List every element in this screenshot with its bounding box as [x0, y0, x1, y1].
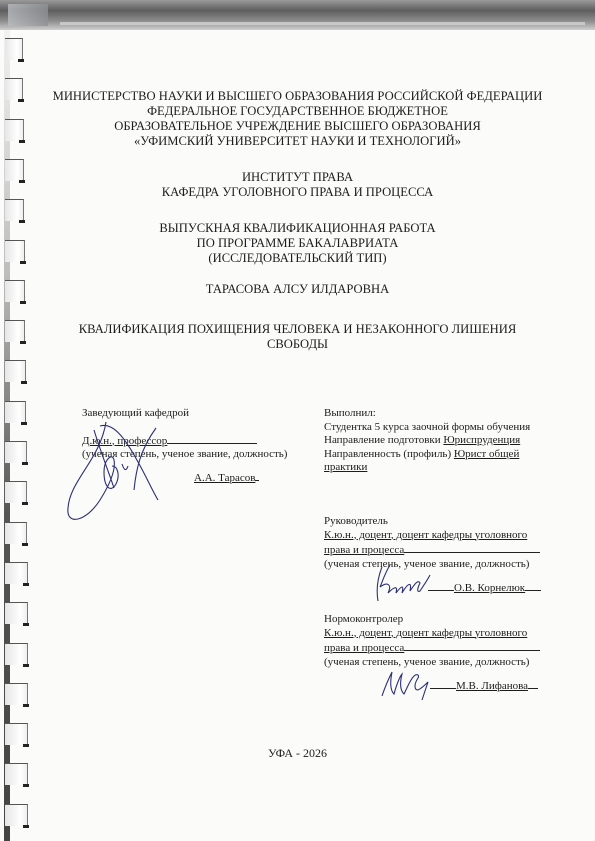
binding-ring [5, 481, 27, 503]
norm-controller-name: М.В. Лифанова [456, 680, 528, 692]
supervisor-name-row: О.В. Корнелюк [324, 580, 541, 596]
work-type-line-3: (ИССЛЕДОВАТЕЛЬСКИЙ ТИП) [0, 251, 595, 266]
work-type-block: ВЫПУСКНАЯ КВАЛИФИКАЦИОННАЯ РАБОТА ПО ПРО… [0, 221, 595, 266]
author-name: ТАРАСОВА АЛСУ ИЛДАРОВНА [0, 282, 595, 297]
binding-spine [4, 30, 10, 841]
department-name: КАФЕДРА УГОЛОВНОГО ПРАВА И ПРОЦЕССА [0, 185, 595, 200]
degree-rule [167, 433, 257, 444]
org-line-1: ФЕДЕРАЛЬНОЕ ГОСУДАРСТВЕННОЕ БЮДЖЕТНОЕ [0, 104, 595, 119]
supervisor-label: Руководитель [324, 515, 541, 529]
profile-value: Юрист общей [454, 448, 519, 460]
binding-ring [5, 683, 28, 705]
name-rule [255, 470, 259, 481]
degree-rule [404, 640, 540, 651]
profile-value-cont: практики [324, 461, 367, 473]
name-rule [525, 580, 541, 591]
supervisor-block: Руководитель К.ю.н., доцент, доцент кафе… [324, 515, 541, 596]
direction-row: Направление подготовки Юриспруденция [324, 434, 530, 448]
norm-controller-degree-2: права и процесса [324, 642, 404, 654]
supervisor-degree-2: права и процесса [324, 544, 404, 556]
head-name-row: А.А. Тарасов [82, 470, 287, 486]
norm-controller-caption: (ученая степень, ученое звание, должност… [324, 656, 540, 670]
thesis-title-line-1: КВАЛИФИКАЦИЯ ПОХИЩЕНИЯ ЧЕЛОВЕКА И НЕЗАКО… [0, 322, 595, 337]
norm-controller-name-row: М.В. Лифанова [324, 678, 540, 694]
binding-ring [5, 804, 28, 826]
university-name: «УФИМСКИЙ УНИВЕРСИТЕТ НАУКИ И ТЕХНОЛОГИЙ… [0, 134, 595, 149]
binding-ring [5, 562, 28, 584]
institute-name: ИНСТИТУТ ПРАВА [0, 170, 595, 185]
header-block: МИНИСТЕРСТВО НАУКИ И ВЫСШЕГО ОБРАЗОВАНИЯ… [0, 89, 595, 149]
performed-by-label: Выполнил: [324, 407, 530, 421]
thesis-title-line-2: СВОБОДЫ [0, 337, 595, 352]
name-rule [428, 580, 454, 591]
binding-ring [5, 38, 23, 60]
norm-controller-block: Нормоконтролер К.ю.н., доцент, доцент ка… [324, 613, 540, 694]
degree-rule [404, 542, 540, 553]
head-name: А.А. Тарасов [194, 472, 255, 484]
city-year: УФА - 2026 [0, 746, 595, 761]
binding-ring [5, 360, 26, 382]
profile-row: Направленность (профиль) Юрист общей [324, 448, 530, 462]
supervisor-degree-1: К.ю.н., доцент, доцент кафедры уголовног… [324, 529, 527, 541]
name-rule [430, 678, 456, 689]
ministry-line: МИНИСТЕРСТВО НАУКИ И ВЫСШЕГО ОБРАЗОВАНИЯ… [0, 89, 595, 104]
binding-ring [5, 199, 24, 221]
supervisor-caption: (ученая степень, ученое звание, должност… [324, 558, 541, 572]
binding-ring [5, 723, 28, 745]
norm-controller-label: Нормоконтролер [324, 613, 540, 627]
binding-ring [5, 643, 28, 665]
footer-block: УФА - 2026 [0, 746, 595, 761]
binding-ring [5, 401, 26, 423]
head-degree-row: Д.ю.н., профессор [82, 433, 287, 449]
norm-controller-degree-1: К.ю.н., доцент, доцент кафедры уголовног… [324, 627, 527, 639]
work-type-line-2: ПО ПРОГРАММЕ БАКАЛАВРИАТА [0, 236, 595, 251]
binding-ring [5, 602, 28, 624]
direction-label: Направление подготовки [324, 434, 441, 446]
profile-label: Направленность (профиль) [324, 448, 451, 460]
work-type-line-1: ВЫПУСКНАЯ КВАЛИФИКАЦИОННАЯ РАБОТА [0, 221, 595, 236]
supervisor-name: О.В. Корнелюк [454, 582, 525, 594]
student-info: Студентка 5 курса заочной формы обучения [324, 421, 530, 435]
thesis-title: КВАЛИФИКАЦИЯ ПОХИЩЕНИЯ ЧЕЛОВЕКА И НЕЗАКО… [0, 322, 595, 352]
institute-block: ИНСТИТУТ ПРАВА КАФЕДРА УГОЛОВНОГО ПРАВА … [0, 170, 595, 200]
binding-ring [5, 441, 27, 463]
binding-clamp-bar [0, 0, 595, 30]
head-degree: Д.ю.н., профессор [82, 435, 167, 447]
head-of-department-label: Заведующий кафедрой [82, 407, 287, 421]
org-line-2: ОБРАЗОВАТЕЛЬНОЕ УЧРЕЖДЕНИЕ ВЫСШЕГО ОБРАЗ… [0, 119, 595, 134]
head-degree-caption: (ученая степень, ученое звание, должност… [82, 448, 287, 462]
author-block: ТАРАСОВА АЛСУ ИЛДАРОВНА [0, 282, 595, 297]
binding-ring [5, 763, 28, 785]
direction-value: Юриспруденция [443, 434, 520, 446]
binding-ring [5, 522, 27, 544]
head-of-department-block: Заведующий кафедрой Д.ю.н., профессор (у… [82, 407, 287, 485]
performed-by-block: Выполнил: Студентка 5 курса заочной форм… [324, 407, 530, 475]
name-rule [528, 678, 538, 689]
